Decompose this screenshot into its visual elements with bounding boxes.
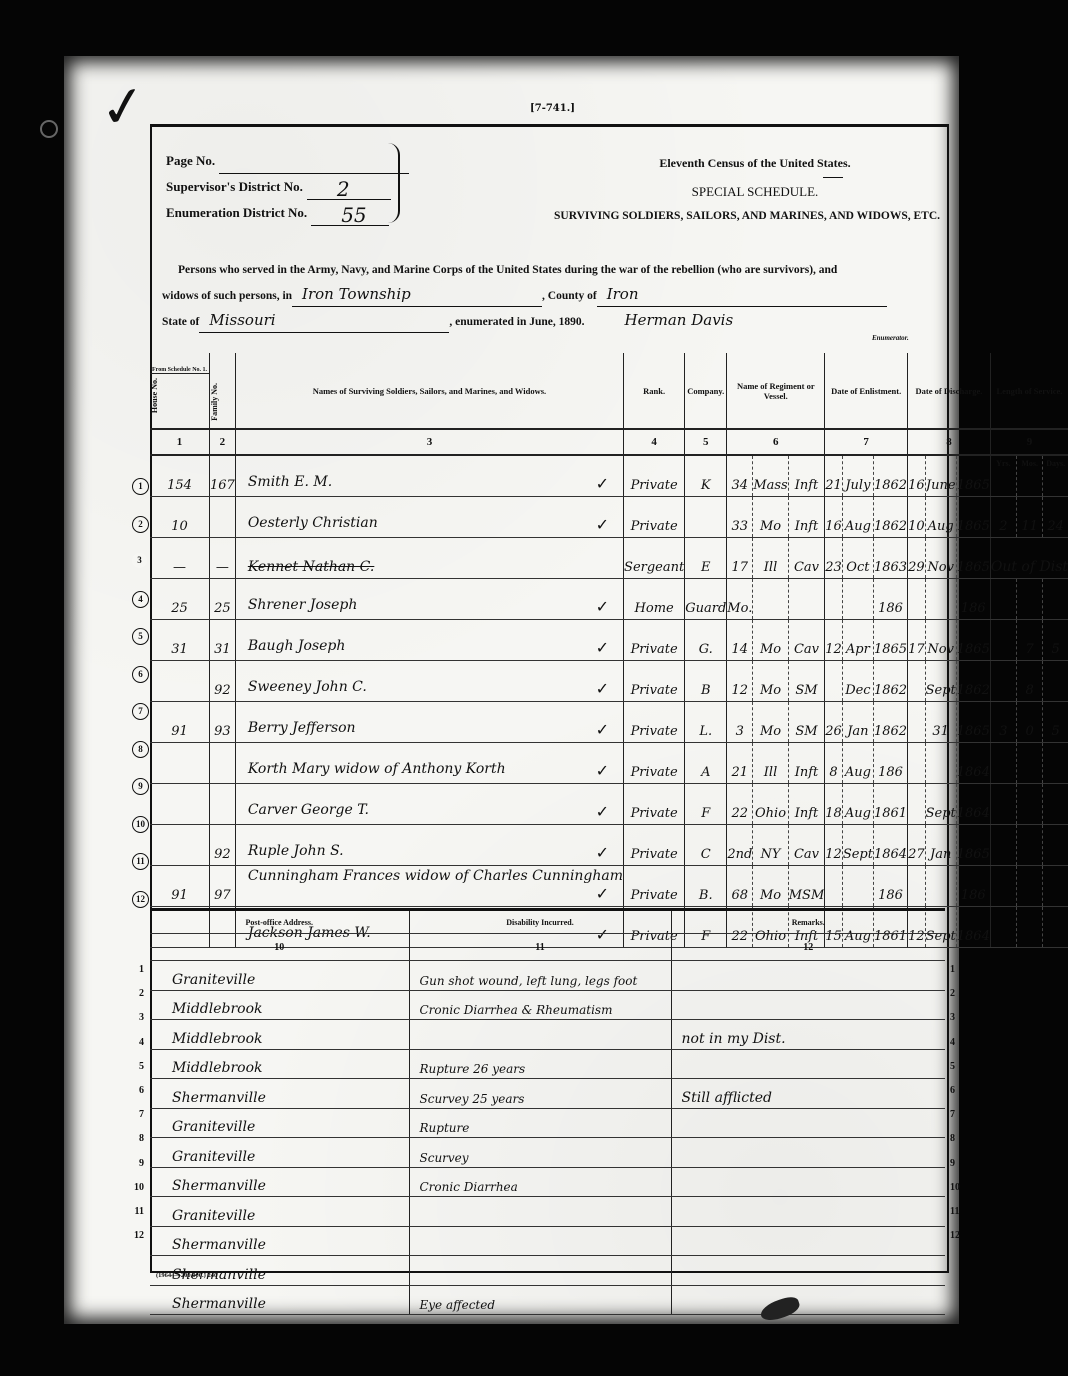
cell-company [685, 497, 727, 538]
cell-reg-state: Mo [753, 866, 788, 907]
cell-reg-type: Inft [788, 784, 825, 825]
enlistment-header: Date of Enlistment. [825, 353, 908, 429]
cell-enl-mo [842, 579, 873, 620]
row-number-left: 7 [128, 1109, 144, 1120]
circled-row-number: 2 [132, 516, 149, 533]
cell-address: Shermanville [150, 1167, 409, 1197]
brace [388, 143, 400, 223]
cell-house [150, 661, 210, 702]
print-code: (19644—200,000.) 240 [156, 1272, 217, 1279]
cell-remarks [671, 1049, 945, 1079]
cell-enl-mo: Oct [842, 538, 873, 579]
county-label: , County of [542, 290, 597, 302]
address-row: ShermanvilleScurvey 25 yearsStill afflic… [150, 1079, 945, 1109]
cell-company: A [685, 743, 727, 784]
cell-enl-mo: Sept [842, 825, 873, 866]
rank-header: Rank. [624, 353, 685, 429]
cell-enl-day: 21 [825, 456, 843, 497]
enumeration-label: Enumeration District No. [166, 200, 307, 226]
intro-paragraph: Persons who served in the Army, Navy, an… [162, 258, 937, 334]
cell-disability [409, 1197, 671, 1227]
cell-reg-no: 22 [727, 784, 753, 825]
cell-rank: Home [624, 579, 685, 620]
cell-remarks: Still afflicted [671, 1079, 945, 1109]
cell-yrs [990, 620, 1016, 661]
row-number-right: 12 [950, 1230, 966, 1241]
cell-dis-day [908, 743, 926, 784]
cell-reg-type: Inft [788, 743, 825, 784]
cell-dis-mo: Nov [925, 538, 956, 579]
cell-reg-no: 14 [727, 620, 753, 661]
cell-dis-day [908, 784, 926, 825]
cell-company: C [685, 825, 727, 866]
intro-text1: Persons who served in the Army, Navy, an… [178, 264, 837, 276]
title-schedule: SURVIVING SOLDIERS, SAILORS, AND MARINES… [490, 210, 940, 222]
cell-disability: Scurvey [409, 1138, 671, 1168]
circled-row-number: 5 [132, 628, 149, 645]
state-value: Missouri [199, 308, 449, 333]
cell-reg-type: Cav [788, 538, 825, 579]
table-row: Carver George T. ✓PrivateF22OhioInft18Au… [150, 784, 1068, 825]
cell-days: 24 [1043, 497, 1068, 538]
address-row: GranitevilleRupture [150, 1108, 945, 1138]
cell-enl-day [825, 866, 843, 907]
cell-reg-no: 68 [727, 866, 753, 907]
cell-reg-type: Cav [788, 825, 825, 866]
cell-reg-state: Mo [753, 620, 788, 661]
cell-disability: Cronic Diarrhea & Rheumatism [409, 990, 671, 1020]
cell-dis-mo [925, 743, 956, 784]
cell-address: Middlebrook [150, 990, 409, 1020]
cell-name: Baugh Joseph ✓ [235, 620, 623, 661]
punch-hole [40, 120, 58, 138]
cell-enl-yr: 1862 [873, 456, 907, 497]
cell-disability [409, 1256, 671, 1286]
cell-days [1043, 661, 1068, 702]
cell-reg-no: 34 [727, 456, 753, 497]
cell-yrs [990, 579, 1016, 620]
cell-dis-day: 17 [908, 620, 926, 661]
cell-remarks [671, 1226, 945, 1256]
table-row: 9197Cunningham Frances widow of Charles … [150, 866, 1068, 907]
cell-dis-yr: 1864 [956, 743, 990, 784]
cell-family [210, 784, 236, 825]
row-number-left: 8 [128, 1133, 144, 1144]
cell-reg-state: Mo [753, 702, 788, 743]
cell-dis-yr: 1865 [956, 702, 990, 743]
cell-disability [409, 1020, 671, 1050]
cell-name: Ruple John S. ✓ [235, 825, 623, 866]
cell-reg-no: 17 [727, 538, 753, 579]
cell-name: Korth Mary widow of Anthony Korth ✓ [235, 743, 623, 784]
cell-disability: Cronic Diarrhea [409, 1167, 671, 1197]
cell-yrs [990, 866, 1016, 907]
table-row: ——Kennet Nathan C.SergeantE17IllCav23Oct… [150, 538, 1068, 579]
cell-reg-no: 21 [727, 743, 753, 784]
regiment-header: Name of Regiment or Vessel. [727, 353, 825, 429]
cell-dis-day: 29 [908, 538, 926, 579]
cell-house: — [150, 538, 210, 579]
cell-reg-type: Inft [788, 456, 825, 497]
row-number-right: 10 [950, 1182, 966, 1193]
row-number-left: 2 [128, 988, 144, 999]
cell-remarks [671, 1138, 945, 1168]
cell-dis-day [908, 579, 926, 620]
cell-yrs: Out of Dist [990, 538, 1068, 579]
address-row: Shermanville [150, 1226, 945, 1256]
cell-reg-state: Ohio [753, 784, 788, 825]
cell-dis-yr: 1865 [956, 497, 990, 538]
cell-house: 154 [150, 456, 210, 497]
table-row: 92Ruple John S. ✓PrivateC2ndNYCav12Sept1… [150, 825, 1068, 866]
row-number-right: 1 [950, 964, 966, 975]
cell-house [150, 825, 210, 866]
address-row: GranitevilleGun shot wound, left lung, l… [150, 961, 945, 991]
cell-reg-type [788, 579, 825, 620]
cell-family: 93 [210, 702, 236, 743]
cell-dis-day [908, 661, 926, 702]
cell-enl-yr: 1861 [873, 784, 907, 825]
address-row: MiddlebrookCronic Diarrhea & Rheumatism [150, 990, 945, 1020]
cell-company: Guard [685, 579, 727, 620]
soldiers-table: From Schedule No. 1.House No. Family No.… [150, 353, 1068, 948]
cell-reg-state: Ill [753, 538, 788, 579]
row-number-left: 9 [128, 1158, 144, 1169]
supervisor-no: 2 [307, 179, 391, 200]
cell-address: Graniteville [150, 1138, 409, 1168]
cell-dis-yr: 1864 [956, 907, 990, 948]
cell-rank: Sergeant [624, 538, 685, 579]
cell-name: Oesterly Christian ✓ [235, 497, 623, 538]
circled-row-number: 3 [132, 553, 147, 568]
circled-row-number: 9 [132, 778, 149, 795]
column-numbers: 1 2 3 4 5 6 7 8 9 [150, 429, 1068, 455]
cell-address: Shermanville [150, 1226, 409, 1256]
cell-reg-state: Mo [753, 497, 788, 538]
checkmark-icon: ✓ [596, 597, 609, 616]
row-number-left: 1 [128, 964, 144, 975]
row-number-right: 6 [950, 1085, 966, 1096]
row-number-right: 5 [950, 1061, 966, 1072]
cell-family: 92 [210, 661, 236, 702]
cell-house [150, 784, 210, 825]
cell-reg-type: Cav [788, 620, 825, 661]
row-number-right: 2 [950, 988, 966, 999]
cell-dis-mo: Nov [925, 620, 956, 661]
cell-days [1043, 784, 1068, 825]
cell-family [210, 497, 236, 538]
cell-yrs: 3 [990, 702, 1016, 743]
checkmark-icon: ✓ [596, 761, 609, 780]
state-label: State of [162, 316, 199, 328]
cell-mos: 11 [1016, 497, 1042, 538]
cell-name: Berry Jefferson ✓ [235, 702, 623, 743]
cell-enl-day: 8 [825, 743, 843, 784]
cell-enl-mo: July [842, 456, 873, 497]
cell-enl-mo: Jan [842, 702, 873, 743]
cell-reg-no: 3 [727, 702, 753, 743]
cell-address: Shermanville [150, 1079, 409, 1109]
cell-dis-yr: 1865 [956, 620, 990, 661]
table-row: 92Sweeney John C. ✓PrivateB12MoSMDec1862… [150, 661, 1068, 702]
checkmark-icon: ✓ [596, 474, 609, 493]
cell-enl-day: 12 [825, 620, 843, 661]
cell-enl-yr: 1862 [873, 497, 907, 538]
cell-dis-day: 27 [908, 825, 926, 866]
cell-disability [409, 1226, 671, 1256]
cell-enl-yr: 1862 [873, 702, 907, 743]
enumerator-signature: Herman Davis [615, 308, 865, 332]
cell-mos [1016, 866, 1042, 907]
address-row: Middlebrooknot in my Dist. [150, 1020, 945, 1050]
cell-dis-mo: 31 [925, 702, 956, 743]
page-no-value [219, 153, 409, 174]
checkmark-icon: ✓ [596, 638, 609, 657]
circled-row-number: 4 [132, 591, 149, 608]
table-row: 10Oesterly Christian ✓Private33MoInft16A… [150, 497, 1068, 538]
cell-disability: Scurvey 25 years [409, 1079, 671, 1109]
cell-mos [1016, 907, 1042, 948]
cell-address: Graniteville [150, 961, 409, 991]
cell-address: Graniteville [150, 1197, 409, 1227]
table-header: From Schedule No. 1.House No. Family No.… [150, 353, 1068, 429]
cell-enl-mo: Apr [842, 620, 873, 661]
cell-rank: Private [624, 702, 685, 743]
cell-days [1043, 866, 1068, 907]
cell-enl-mo: Aug [842, 497, 873, 538]
names-header: Names of Surviving Soldiers, Sailors, an… [235, 353, 623, 429]
form-code: [7-741.] [530, 103, 575, 114]
cell-rank: Private [624, 497, 685, 538]
circled-row-number: 7 [132, 703, 149, 720]
row-number-left: 4 [128, 1037, 144, 1048]
cell-dis-mo [925, 579, 956, 620]
cell-rank: Private [624, 784, 685, 825]
row-number-left: 10 [128, 1182, 144, 1193]
checkmark-icon: ✓ [596, 515, 609, 534]
title-special: SPECIAL SCHEDULE. [570, 184, 940, 200]
cell-disability: Eye affected [409, 1285, 671, 1315]
cell-house: 25 [150, 579, 210, 620]
address-row: ShermanvilleCronic Diarrhea [150, 1167, 945, 1197]
cell-days: 5 [1043, 620, 1068, 661]
cell-dis-mo: Jan [925, 825, 956, 866]
cell-enl-yr: 186 [873, 866, 907, 907]
cell-house: 31 [150, 620, 210, 661]
cell-enl-yr: 1864 [873, 825, 907, 866]
cell-company: B. [685, 866, 727, 907]
company-header: Company. [685, 353, 727, 429]
cell-mos [1016, 784, 1042, 825]
cell-family: 167 [210, 456, 236, 497]
circled-row-number: 1 [132, 478, 149, 495]
checkmark-icon: ✓ [596, 884, 609, 903]
cell-address: Shermanville [150, 1285, 409, 1315]
cell-disability: Gun shot wound, left lung, legs foot [409, 961, 671, 991]
post-office-header: Post-office Address. [150, 910, 409, 934]
cell-company: K [685, 456, 727, 497]
cell-mos [1016, 579, 1042, 620]
cell-dis-mo: Sept [925, 661, 956, 702]
cell-family: 31 [210, 620, 236, 661]
cell-dis-day: 10 [908, 497, 926, 538]
cell-mos [1016, 825, 1042, 866]
cell-remarks [671, 1108, 945, 1138]
cell-dis-mo: Aug [925, 497, 956, 538]
cell-dis-yr: 1864 [956, 784, 990, 825]
cell-name: Smith E. M. ✓ [235, 456, 623, 497]
cell-mos: 0 [1016, 702, 1042, 743]
cell-dis-mo: Sept [925, 784, 956, 825]
cell-reg-no: 2nd [727, 825, 753, 866]
cell-enl-mo: Aug [842, 784, 873, 825]
cell-yrs [990, 907, 1016, 948]
checkmark-icon: ✓ [596, 679, 609, 698]
cell-disability: Rupture 26 years [409, 1049, 671, 1079]
enumerator-label: Enumerator. [872, 334, 909, 342]
cell-name: Kennet Nathan C. [235, 538, 623, 579]
cell-reg-no: Mo. [727, 579, 753, 620]
cell-reg-state [753, 579, 788, 620]
cell-enl-day: 26 [825, 702, 843, 743]
cell-name: Shrener Joseph ✓ [235, 579, 623, 620]
cell-house [150, 743, 210, 784]
cell-dis-mo: June [925, 456, 956, 497]
cell-remarks [671, 990, 945, 1020]
cell-enl-yr: 186 [873, 743, 907, 784]
cell-mos: 7 [1016, 620, 1042, 661]
address-row: ShermanvilleEye affected [150, 1285, 945, 1315]
address-row: Shermanville [150, 1256, 945, 1286]
cell-dis-mo [925, 866, 956, 907]
cell-dis-yr: 1865 [956, 538, 990, 579]
post-office-table: Post-office Address. Disability Incurred… [150, 908, 945, 1315]
remarks-header: Remarks. [671, 910, 945, 934]
row-number-right: 3 [950, 1012, 966, 1023]
cell-company: L. [685, 702, 727, 743]
checkmark-icon: ✓ [596, 720, 609, 739]
cell-days [1043, 743, 1068, 784]
cell-dis-yr: 1865 [956, 825, 990, 866]
cell-enl-yr: 186 [873, 579, 907, 620]
cell-yrs: 2 [990, 497, 1016, 538]
row-number-right: 8 [950, 1133, 966, 1144]
cell-reg-no: 33 [727, 497, 753, 538]
supervisor-label: Supervisor's District No. [166, 174, 303, 200]
cell-family: 25 [210, 579, 236, 620]
cell-enl-mo: Aug [842, 743, 873, 784]
row-number-left: 5 [128, 1061, 144, 1072]
row-number-right: 7 [950, 1109, 966, 1120]
district-info: Page No. Supervisor's District No.2 Enum… [166, 148, 409, 226]
title-census: Eleventh Census of the United States. [570, 156, 940, 171]
cell-days [1043, 579, 1068, 620]
cell-dis-day: 16 [908, 456, 926, 497]
cell-enl-yr: 1863 [873, 538, 907, 579]
table-row: Korth Mary widow of Anthony Korth ✓Priva… [150, 743, 1068, 784]
row-number-left: 6 [128, 1085, 144, 1096]
cell-rank: Private [624, 866, 685, 907]
cell-enl-day: 16 [825, 497, 843, 538]
intro-text2: widows of such persons, in [162, 290, 292, 302]
cell-days: 5 [1043, 702, 1068, 743]
cell-dis-yr: 186 [956, 866, 990, 907]
cell-remarks: not in my Dist. [671, 1020, 945, 1050]
cell-name: Sweeney John C. ✓ [235, 661, 623, 702]
circled-row-number: 11 [132, 853, 149, 870]
cell-rank: Private [624, 743, 685, 784]
row-number-right: 11 [950, 1206, 966, 1217]
cell-rank: Private [624, 661, 685, 702]
cell-yrs [990, 784, 1016, 825]
cell-name: Cunningham Frances widow of Charles Cunn… [235, 866, 623, 907]
table-row: 9193Berry Jefferson ✓PrivateL.3MoSM26Jan… [150, 702, 1068, 743]
cell-reg-type: MSM [788, 866, 825, 907]
circled-row-number: 8 [132, 741, 149, 758]
cell-name: Carver George T. ✓ [235, 784, 623, 825]
cell-reg-no: 12 [727, 661, 753, 702]
cell-company: E [685, 538, 727, 579]
circled-row-number: 10 [132, 816, 149, 833]
cell-reg-type: Inft [788, 497, 825, 538]
enumeration-no: 55 [311, 205, 389, 226]
cell-days [1043, 825, 1068, 866]
cell-reg-type: SM [788, 702, 825, 743]
cell-yrs [990, 743, 1016, 784]
cell-address: Shermanville [150, 1256, 409, 1286]
cell-enl-day: 23 [825, 538, 843, 579]
cell-family: 92 [210, 825, 236, 866]
cell-rank: Private [624, 825, 685, 866]
cell-reg-state: Mass [753, 456, 788, 497]
cell-house: 91 [150, 866, 210, 907]
cell-family [210, 743, 236, 784]
cell-mos [1016, 743, 1042, 784]
house-no-header: From Schedule No. 1.House No. [150, 353, 210, 429]
circled-row-number: 6 [132, 666, 149, 683]
cell-reg-state: Mo [753, 661, 788, 702]
family-no-header: Family No. [210, 353, 236, 429]
cell-address: Middlebrook [150, 1020, 409, 1050]
cell-enl-mo [842, 866, 873, 907]
table-row: 3131Baugh Joseph ✓PrivateG.14MoCav12Apr1… [150, 620, 1068, 661]
page-no-label: Page No. [166, 148, 215, 174]
cell-enl-yr: 1865 [873, 620, 907, 661]
checkmark-icon: ✓ [596, 843, 609, 862]
row-number-left: 3 [128, 1012, 144, 1023]
disability-header: Disability Incurred. [409, 910, 671, 934]
cell-address: Graniteville [150, 1108, 409, 1138]
table-row: 2525Shrener Joseph ✓HomeGuardMo.1861864 [150, 579, 1068, 620]
row-number-right: 9 [950, 1158, 966, 1169]
cell-address: Middlebrook [150, 1049, 409, 1079]
title-rule [823, 177, 843, 178]
cell-rank: Private [624, 456, 685, 497]
cell-enl-yr: 1862 [873, 661, 907, 702]
cell-dis-yr: 1865 [956, 456, 990, 497]
cell-reg-state: Ill [753, 743, 788, 784]
cell-enl-day: 12 [825, 825, 843, 866]
cell-family: 97 [210, 866, 236, 907]
circled-row-number: 12 [132, 891, 149, 908]
row-number-left: 11 [128, 1206, 144, 1217]
address-row: Graniteville [150, 1197, 945, 1227]
county-value: Iron [597, 282, 887, 307]
township-value: Iron Township [292, 282, 542, 307]
cell-dis-yr: 186 [956, 579, 990, 620]
cell-enl-day: 18 [825, 784, 843, 825]
address-row: GranitevilleScurvey [150, 1138, 945, 1168]
